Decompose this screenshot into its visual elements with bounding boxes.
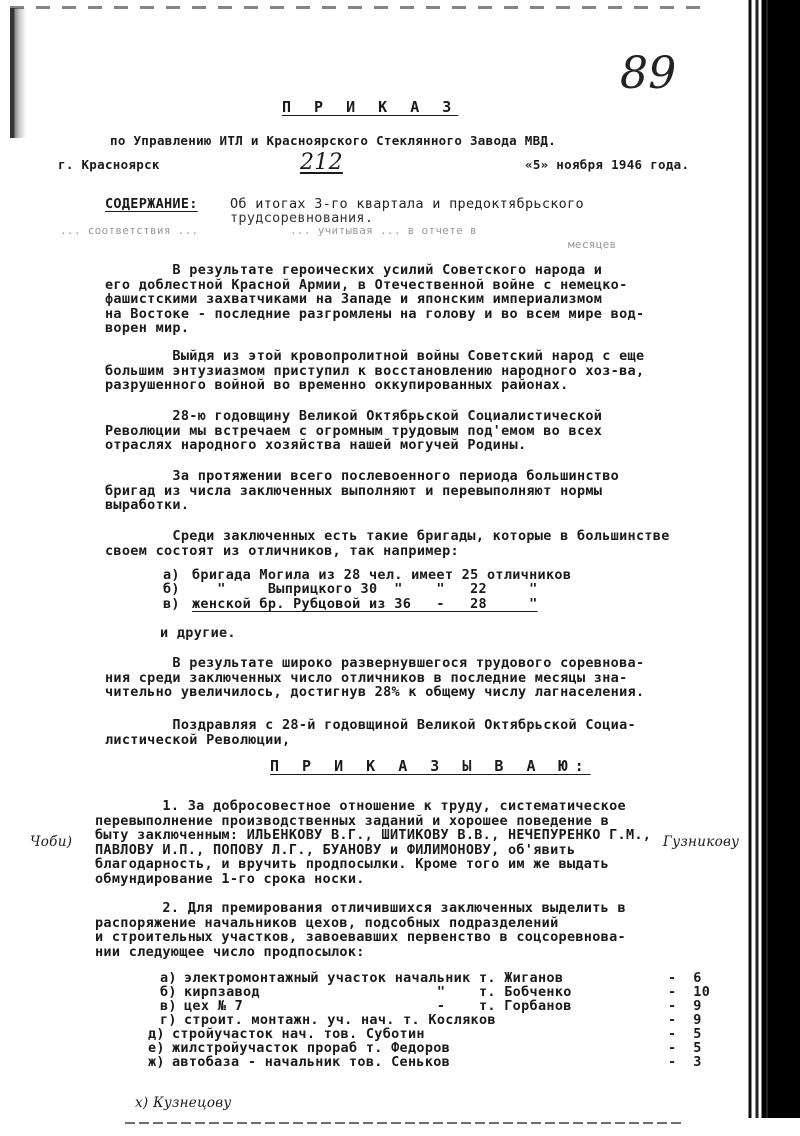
paragraph-result-1-line: чительно увеличилось, достигнув 28% к об…: [105, 684, 644, 700]
paragraph-1-line: ворен мир.: [105, 320, 189, 336]
binding-edge: [744, 0, 800, 1118]
allocation-count: - 3: [668, 1054, 702, 1070]
order-number: 212: [300, 150, 343, 175]
brigade-marker: б): [163, 581, 180, 597]
order-item-1-line: обмундирование 1-го срока носки.: [95, 871, 365, 887]
paragraph-3-line: отраслях народного хозяйства нашей могуч…: [105, 437, 526, 453]
document-title: П Р И К А З: [282, 98, 458, 116]
order-heading: П Р И К А З Ы В А Ю:: [270, 757, 591, 775]
right-handwritten-note: Гузникову: [663, 834, 739, 850]
and-others-text: и другие.: [160, 625, 236, 641]
scanned-document-page: 89 П Р И К А З по Управлению ИТЛ и Красн…: [0, 0, 800, 1136]
place-line: г. Красноярск: [58, 157, 160, 172]
subject-label: СОДЕРЖАНИЕ:: [105, 196, 198, 212]
handwritten-underline: [125, 1122, 685, 1124]
faint-overprint-left: ... соответствия ...: [60, 224, 198, 237]
folio-number: 89: [620, 48, 677, 99]
brigade-marker: в): [163, 596, 180, 612]
allocation-unit: автобаза - начальник тов. Сеньков: [172, 1054, 450, 1070]
scan-edge-shadow: [10, 8, 26, 138]
paragraph-4-line: выработки.: [105, 497, 189, 513]
organization-line: по Управлению ИТЛ и Красноярского Стекля…: [110, 133, 556, 148]
handwritten-addition: х) Кузнецову: [135, 1095, 232, 1111]
margin-handwritten-note: Чоби): [30, 834, 72, 850]
faint-overprint-word: месяцев: [568, 238, 616, 251]
paragraph-2-line: разрушенного войной во временно оккупиро…: [105, 377, 569, 393]
brigade-entry: женской бр. Рубцовой из 36 - 28 ": [192, 596, 538, 612]
paragraph-5-line: своем состоят из отличников, так наприме…: [105, 543, 459, 559]
order-item-2-line: нии следующее число продпосылок:: [95, 944, 365, 960]
allocation-marker: ж): [148, 1054, 165, 1070]
order-date: «5» ноября 1946 года.: [525, 157, 689, 172]
faint-overprint: ... учитывая ... в отчете в: [290, 224, 477, 237]
scan-top-edge: [10, 6, 710, 9]
brigade-entry: " Выприцкого 30 " " 22 ": [192, 581, 538, 597]
paragraph-result-2-line: листической Революции,: [105, 732, 290, 748]
